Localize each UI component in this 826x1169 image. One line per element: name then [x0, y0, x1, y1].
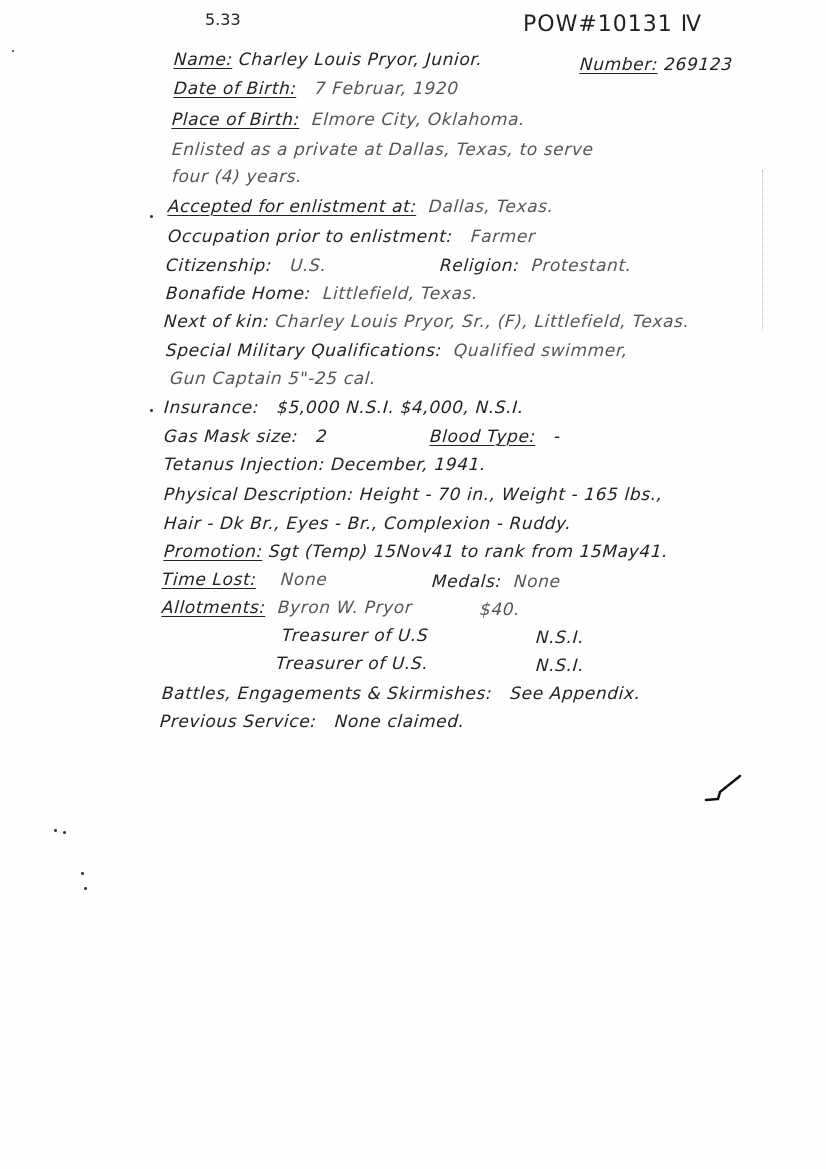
time-lost-field: Time Lost: None	[161, 570, 328, 590]
religion-label: Religion:	[439, 256, 520, 276]
battles-label: Battles, Engagements & Skirmishes:	[161, 684, 493, 704]
allotment-row-2-payee: Treasurer of U.S.	[275, 654, 429, 674]
gas-mask-value: 2	[315, 427, 328, 447]
blood-type-value: -	[553, 427, 561, 447]
insurance-label: Insurance:	[163, 398, 260, 418]
tetanus-field: Tetanus Injection: December, 1941.	[163, 455, 487, 475]
citizenship-label: Citizenship:	[165, 256, 273, 276]
accepted-label: Accepted for enlistment at:	[167, 197, 417, 217]
physical-description-label: Physical Description:	[163, 485, 354, 505]
special-qualifications-label: Special Military Qualifications:	[165, 341, 442, 361]
religion-value: Protestant.	[531, 256, 633, 276]
scan-artifact-dot	[81, 872, 84, 875]
allotments-field: Allotments: Byron W. Pryor	[161, 598, 413, 618]
gas-mask-field: Gas Mask size: 2	[163, 427, 328, 447]
bonafide-home-label: Bonafide Home:	[165, 284, 311, 304]
battles-value: See Appendix.	[510, 684, 642, 704]
check-mark-icon	[700, 772, 760, 808]
physical-description-value: Height - 70 in., Weight - 165 lbs.,	[359, 485, 663, 505]
allotments-amount: $40.	[479, 600, 521, 620]
name-field: Name: Charley Louis Pryor, Junior.	[173, 50, 483, 70]
blood-type-field: Blood Type: -	[429, 427, 561, 447]
medals-label: Medals:	[431, 572, 502, 592]
tetanus-label: Tetanus Injection:	[163, 455, 325, 475]
religion-field: Religion: Protestant.	[439, 256, 632, 276]
physical-description-line-2: Hair - Dk Br., Eyes - Br., Complexion - …	[163, 514, 572, 534]
insurance-value: $5,000 N.S.I. $4,000, N.S.I.	[276, 398, 524, 418]
blood-type-label: Blood Type:	[429, 427, 536, 447]
scan-artifact-dot	[84, 887, 87, 890]
bonafide-home-field: Bonafide Home: Littlefield, Texas.	[165, 284, 478, 304]
place-of-birth-label: Place of Birth:	[171, 110, 300, 130]
accepted-value: Dallas, Texas.	[428, 197, 554, 217]
special-qualifications-field: Special Military Qualifications: Qualifi…	[165, 341, 628, 361]
date-of-birth-label: Date of Birth:	[173, 79, 297, 99]
special-qualifications-value: Qualified swimmer,	[453, 341, 628, 361]
promotion-label: Promotion:	[163, 542, 263, 562]
enlisted-line-2: four (4) years.	[171, 167, 303, 187]
allotments-value: Byron W. Pryor	[277, 598, 413, 618]
allotments-label: Allotments:	[161, 598, 266, 618]
scan-artifact-dot	[54, 829, 57, 832]
place-of-birth-value: Elmore City, Oklahoma.	[311, 110, 526, 130]
insurance-field: Insurance: $5,000 N.S.I. $4,000, N.S.I.	[163, 398, 524, 418]
physical-description-field: Physical Description: Height - 70 in., W…	[163, 485, 663, 505]
pow-number: POW#10131 Ⅳ	[523, 12, 702, 37]
time-lost-label: Time Lost:	[161, 570, 257, 590]
promotion-field: Promotion: Sgt (Temp) 15Nov41 to rank fr…	[163, 542, 669, 562]
medals-field: Medals: None	[431, 572, 561, 592]
occupation-field: Occupation prior to enlistment: Farmer	[167, 227, 536, 247]
place-of-birth-field: Place of Birth: Elmore City, Oklahoma.	[171, 110, 526, 130]
previous-service-value: None claimed.	[334, 712, 465, 732]
previous-service-field: Previous Service: None claimed.	[159, 712, 465, 732]
allotment-row-2-amount: N.S.I.	[535, 656, 585, 676]
special-qualifications-line-2: Gun Captain 5"-25 cal.	[169, 369, 376, 389]
next-of-kin-label: Next of kin:	[163, 312, 270, 332]
name-value: Charley Louis Pryor, Junior.	[238, 50, 483, 70]
battles-field: Battles, Engagements & Skirmishes: See A…	[161, 684, 641, 704]
next-of-kin-field: Next of kin: Charley Louis Pryor, Sr., (…	[163, 312, 690, 332]
previous-service-label: Previous Service:	[159, 712, 317, 732]
scanned-document-page: 5.33 POW#10131 Ⅳ Name: Charley Louis Pry…	[0, 0, 826, 1169]
next-of-kin-value: Charley Louis Pryor, Sr., (F), Littlefie…	[275, 312, 691, 332]
tetanus-value: December, 1941.	[330, 455, 486, 475]
occupation-value: Farmer	[470, 227, 536, 247]
date-of-birth-value: 7 Februar, 1920	[314, 79, 459, 99]
name-label: Name:	[173, 50, 233, 70]
enlisted-line-1: Enlisted as a private at Dallas, Texas, …	[171, 140, 594, 160]
number-label: Number:	[579, 55, 659, 75]
medals-value: None	[513, 572, 561, 592]
allotment-row-1-amount: N.S.I.	[535, 628, 585, 648]
time-lost-value: None	[280, 570, 328, 590]
number-value: 269123	[664, 55, 734, 75]
scan-artifact-dot	[63, 831, 66, 834]
occupation-label: Occupation prior to enlistment:	[167, 227, 453, 247]
scan-artifact-dot	[12, 50, 14, 52]
number-field: Number: 269123	[579, 55, 733, 75]
allotment-row-1-payee: Treasurer of U.S	[281, 626, 429, 646]
margin-dot	[150, 409, 153, 412]
citizenship-value: U.S.	[290, 256, 328, 276]
accepted-field: Accepted for enlistment at: Dallas, Texa…	[167, 197, 554, 217]
date-of-birth-field: Date of Birth: 7 Februar, 1920	[173, 79, 459, 99]
citizenship-field: Citizenship: U.S.	[165, 256, 327, 276]
bonafide-home-value: Littlefield, Texas.	[322, 284, 478, 304]
gas-mask-label: Gas Mask size:	[163, 427, 299, 447]
margin-dot	[150, 215, 153, 218]
promotion-value: Sgt (Temp) 15Nov41 to rank from 15May41.	[268, 542, 669, 562]
scan-artifact-line	[762, 170, 764, 330]
page-number: 5.33	[205, 10, 241, 29]
